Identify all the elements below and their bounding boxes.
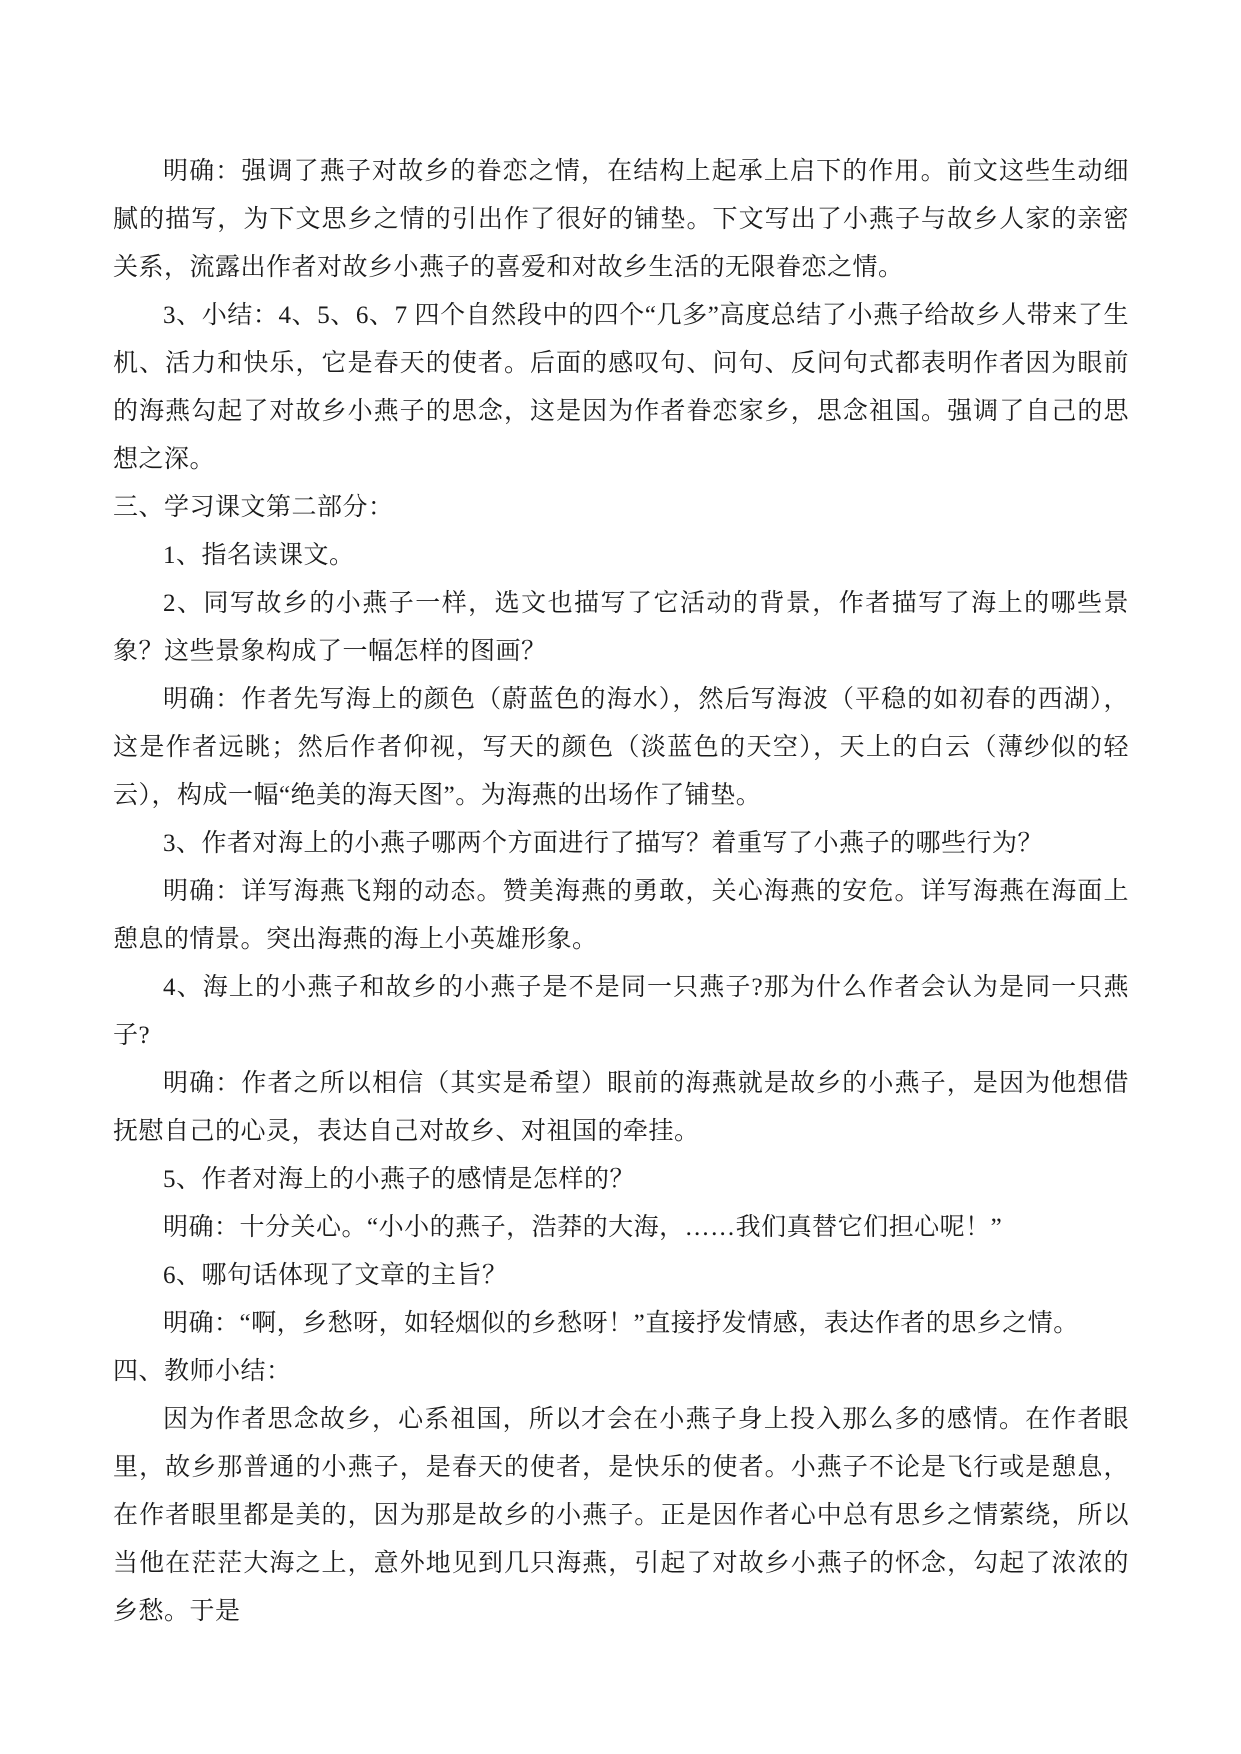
paragraph-item-4: 4、海上的小燕子和故乡的小燕子是不是同一只燕子?那为什么作者会认为是同一只燕子? — [113, 964, 1129, 1060]
paragraph-answer-4: 明确：作者之所以相信（其实是希望）眼前的海燕就是故乡的小燕子，是因为他想借抚慰自… — [113, 1060, 1129, 1156]
paragraph-answer-3: 明确：详写海燕飞翔的动态。赞美海燕的勇敢，关心海燕的安危。详写海燕在海面上憩息的… — [113, 868, 1129, 964]
paragraph-summary-3: 3、小结：4、5、6、7 四个自然段中的四个“几多”高度总结了小燕子给故乡人带来… — [113, 292, 1129, 484]
paragraph-answer-2: 明确：作者先写海上的颜色（蔚蓝色的海水），然后写海波（平稳的如初春的西湖），这是… — [113, 676, 1129, 820]
section-heading-three: 三、学习课文第二部分： — [113, 484, 1129, 532]
paragraph-item-5: 5、作者对海上的小燕子的感情是怎样的？ — [113, 1156, 1129, 1204]
paragraph-teacher-summary: 因为作者思念故乡，心系祖国，所以才会在小燕子身上投入那么多的感情。在作者眼里，故… — [113, 1396, 1129, 1636]
paragraph-answer-5: 明确：十分关心。“小小的燕子，浩莽的大海，……我们真替它们担心呢！” — [113, 1204, 1129, 1252]
document-body: 明确：强调了燕子对故乡的眷恋之情，在结构上起承上启下的作用。前文这些生动细腻的描… — [113, 148, 1129, 1636]
paragraph-item-3: 3、作者对海上的小燕子哪两个方面进行了描写？着重写了小燕子的哪些行为？ — [113, 820, 1129, 868]
paragraph-item-6: 6、哪句话体现了文章的主旨？ — [113, 1252, 1129, 1300]
document-page: 明确：强调了燕子对故乡的眷恋之情，在结构上起承上启下的作用。前文这些生动细腻的描… — [0, 0, 1241, 1754]
paragraph-answer-6: 明确：“啊，乡愁呀，如轻烟似的乡愁呀！”直接抒发情感，表达作者的思乡之情。 — [113, 1300, 1129, 1348]
paragraph-item-2: 2、同写故乡的小燕子一样，选文也描写了它活动的背景，作者描写了海上的哪些景象？这… — [113, 580, 1129, 676]
paragraph-answer: 明确：强调了燕子对故乡的眷恋之情，在结构上起承上启下的作用。前文这些生动细腻的描… — [113, 148, 1129, 292]
paragraph-item-1: 1、指名读课文。 — [113, 532, 1129, 580]
section-heading-four: 四、教师小结： — [113, 1348, 1129, 1396]
